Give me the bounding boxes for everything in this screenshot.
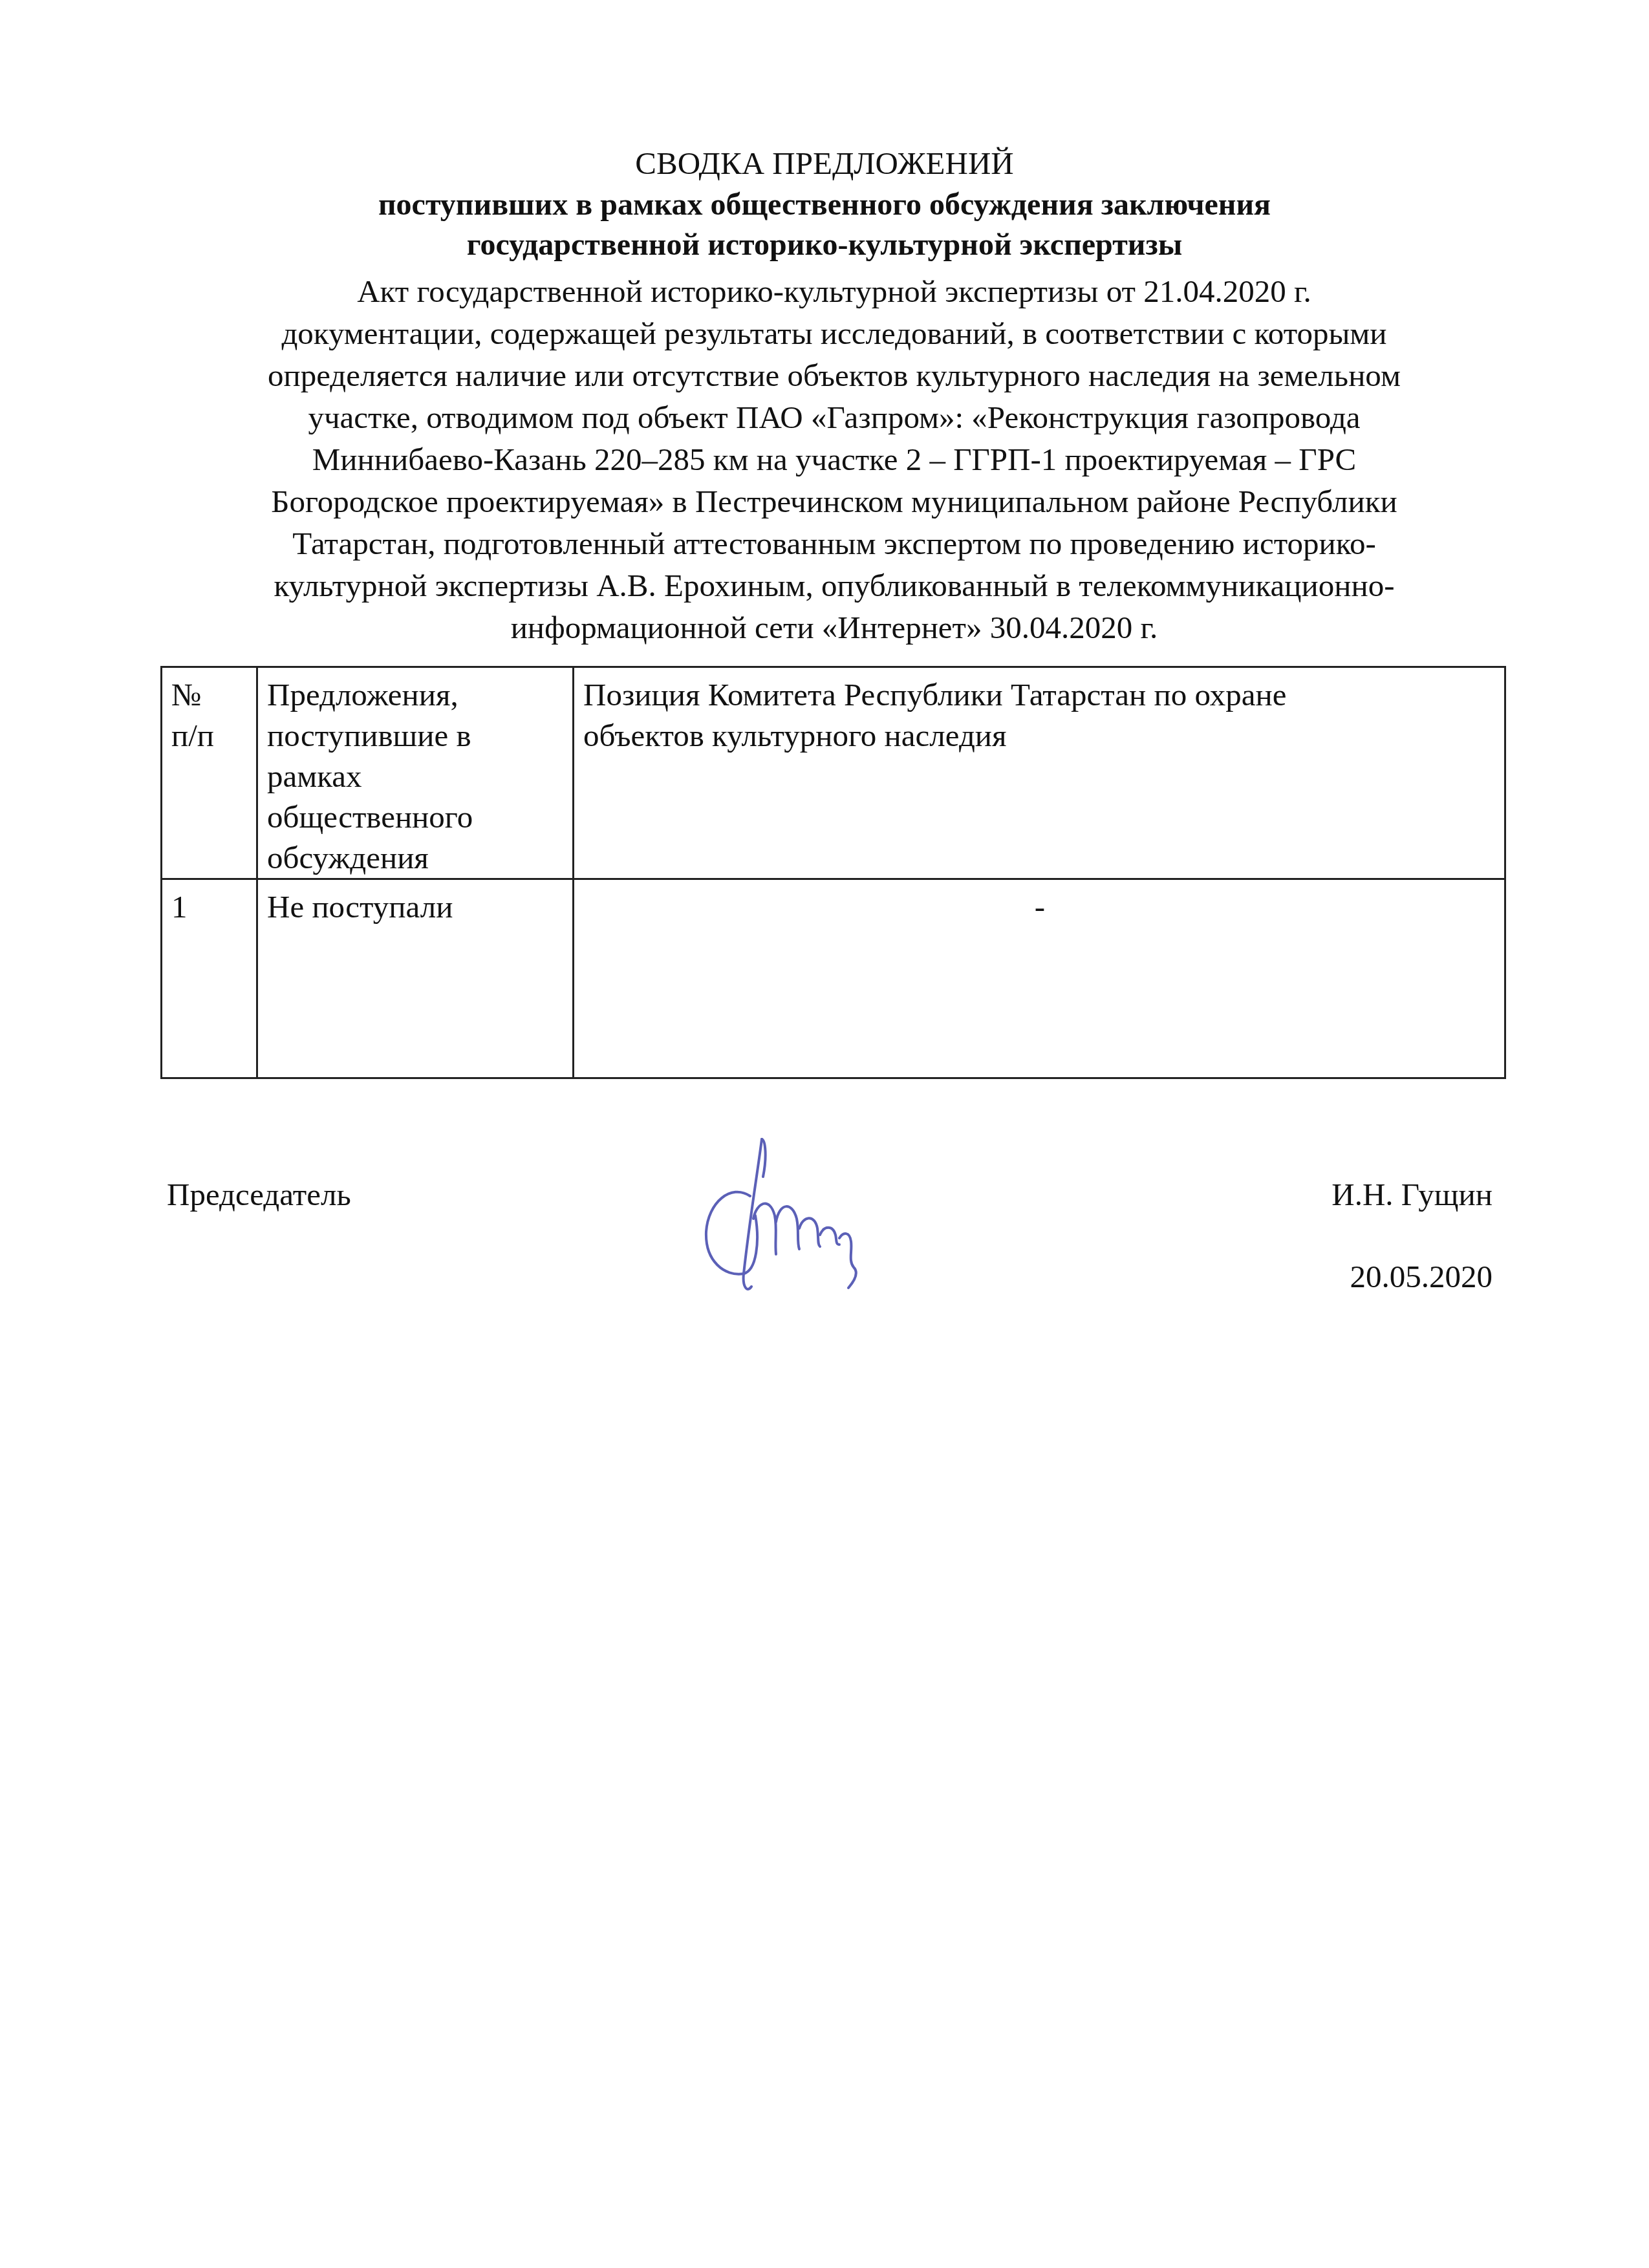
table-row: 1 Не поступали - [162, 879, 1505, 1078]
header-proposals: Предложения, поступившие в рамках общест… [257, 667, 574, 879]
intro-line: документации, содержащей результаты иссл… [162, 312, 1507, 354]
intro-line: определяется наличие или отсутствие объе… [162, 354, 1507, 396]
intro-line: культурной экспертизы А.В. Ерохиным, опу… [162, 564, 1507, 606]
handwritten-signature-icon [647, 1112, 1009, 1300]
intro-line: Богородское проектируемая» в Пестречинск… [162, 480, 1507, 522]
proposals-table: № п/п Предложения, поступившие в рамках … [160, 666, 1506, 1079]
document-page: СВОДКА ПРЕДЛОЖЕНИЙ поступивших в рамках … [0, 0, 1649, 2268]
header-number: № п/п [162, 667, 257, 879]
table-header-row: № п/п Предложения, поступившие в рамках … [162, 667, 1505, 879]
intro-line: Татарстан, подготовленный аттестованным … [162, 522, 1507, 564]
signer-role: Председатель [167, 1175, 351, 1214]
document-title: СВОДКА ПРЕДЛОЖЕНИЙ [0, 144, 1649, 184]
intro-paragraph: Акт государственной историко-культурной … [162, 270, 1507, 648]
document-subtitle: поступивших в рамках общественного обсуж… [162, 185, 1487, 265]
signer-name: И.Н. Гущин [1331, 1175, 1493, 1214]
subtitle-line: государственной историко-культурной эксп… [162, 225, 1487, 265]
intro-line: Акт государственной историко-культурной … [162, 270, 1507, 312]
cell-proposal: Не поступали [257, 879, 574, 1078]
intro-line: участке, отводимом под объект ПАО «Газпр… [162, 396, 1507, 438]
cell-number: 1 [162, 879, 257, 1078]
intro-line: информационной сети «Интернет» 30.04.202… [162, 606, 1507, 648]
header-committee-position: Позиция Комитета Республики Татарстан по… [574, 667, 1505, 879]
intro-line: Миннибаево-Казань 220–285 км на участке … [162, 438, 1507, 480]
signature-date: 20.05.2020 [1350, 1257, 1493, 1296]
subtitle-line: поступивших в рамках общественного обсуж… [162, 185, 1487, 225]
cell-position: - [574, 879, 1505, 1078]
